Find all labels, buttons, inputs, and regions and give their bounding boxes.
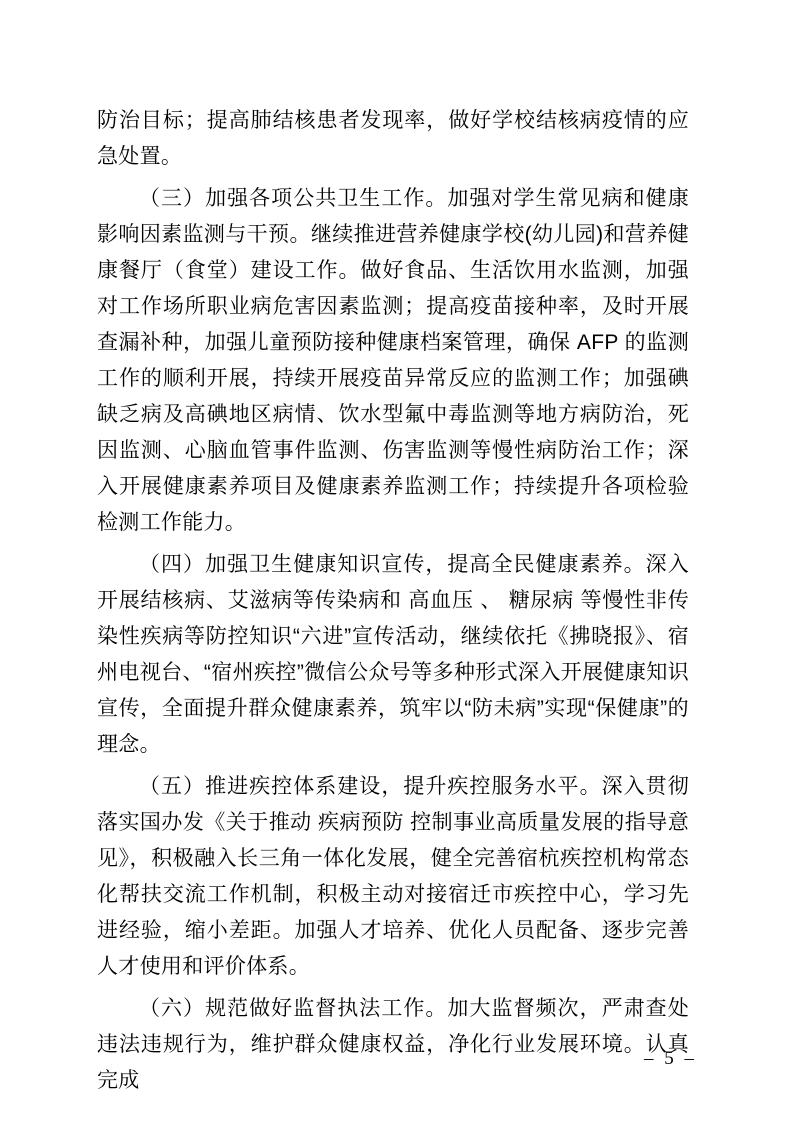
paragraph-section-5: （五）推进疾控体系建设，提升疾控服务水平。深入贯彻落实国办发《关于推动 疾病预防…	[97, 769, 689, 985]
document-body: 防治目标；提高肺结核患者发现率，做好学校结核病疫情的应急处置。 （三）加强各项公…	[97, 103, 689, 1099]
paragraph-section-4: （四）加强卫生健康知识宣传，提高全民健康素养。深入开展结核病、艾滋病等传染病和 …	[97, 547, 689, 763]
paragraph-section-3: （三）加强各项公共卫生工作。加强对学生常见病和健康影响因素监测与干预。继续推进营…	[97, 181, 689, 541]
document-page: 防治目标；提高肺结核患者发现率，做好学校结核病疫情的应急处置。 （三）加强各项公…	[0, 0, 793, 1122]
page-number: – 5 –	[644, 1048, 697, 1070]
paragraph-section-6: （六）规范做好监督执法工作。加大监督频次，严肃查处违法违规行为，维护群众健康权益…	[97, 991, 689, 1099]
paragraph-continuation: 防治目标；提高肺结核患者发现率，做好学校结核病疫情的应急处置。	[97, 103, 689, 175]
